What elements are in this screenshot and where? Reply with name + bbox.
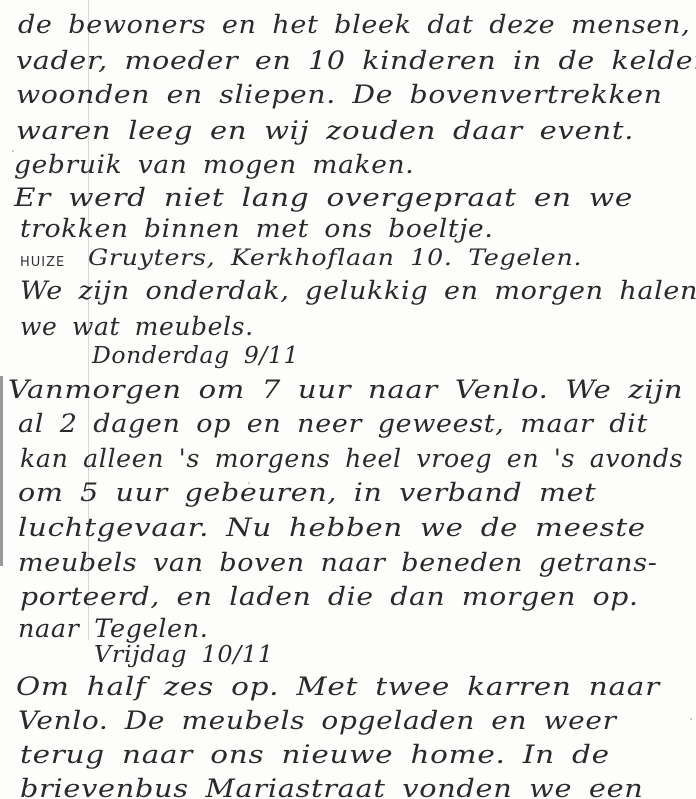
text-line: vader, moeder en 10 kinderen in de kelde… <box>16 46 696 75</box>
text-line: trokken binnen met ons boeltje. <box>20 214 493 243</box>
text-line: woonden en sliepen. De bovenvertrekken <box>16 80 663 109</box>
text-line: meubels van boven naar beneden getrans- <box>18 548 657 577</box>
text-line: We zijn onderdak, gelukkig en morgen hal… <box>20 276 696 305</box>
handwritten-page: de bewoners en het bleek dat deze mensen… <box>0 0 696 799</box>
text-line: naar Tegelen. <box>18 614 209 643</box>
text-line: terug naar ons nieuwe home. In de <box>20 740 610 769</box>
text-line: Om half zes op. Met twee karren naar <box>16 672 660 701</box>
text-line: brievenbus Mariastraat vonden we een <box>20 774 644 799</box>
date-heading-friday: Vrijdag 10/11 <box>94 642 274 668</box>
text-line: al 2 dagen op en neer geweest, maar dit <box>18 409 648 438</box>
text-line: Er werd niet lang overgepraat en we <box>14 183 633 212</box>
margin-mark <box>0 376 3 566</box>
date-heading-thursday: Donderdag 9/11 <box>92 343 299 369</box>
text-line: om 5 uur gebeuren, in verband met <box>18 478 596 507</box>
text-line: luchtgevaar. Nu hebben we de meeste <box>18 513 646 542</box>
text-line: gebruik van mogen maken. <box>14 150 414 179</box>
address-line: Gruyters, Kerkhoflaan 10. Tegelen. <box>88 246 582 271</box>
paper-speck <box>248 482 250 484</box>
text-line: we wat meubels. <box>20 312 254 341</box>
text-line: kan alleen 's morgens heel vroeg en 's a… <box>20 444 683 473</box>
text-line: de bewoners en het bleek dat deze mensen… <box>18 10 690 39</box>
paper-speck <box>600 782 602 784</box>
text-line: Vanmorgen om 7 uur naar Venlo. We zijn <box>8 375 683 404</box>
text-line: waren leeg en wij zouden daar event. <box>16 116 634 145</box>
paper-speck <box>12 150 14 152</box>
text-line: Venlo. De meubels opgeladen en weer <box>18 706 617 735</box>
text-line: porteerd, en laden die dan morgen op. <box>20 582 639 611</box>
address-stamp-label: HUIZE <box>20 255 65 270</box>
paper-speck <box>690 718 692 720</box>
